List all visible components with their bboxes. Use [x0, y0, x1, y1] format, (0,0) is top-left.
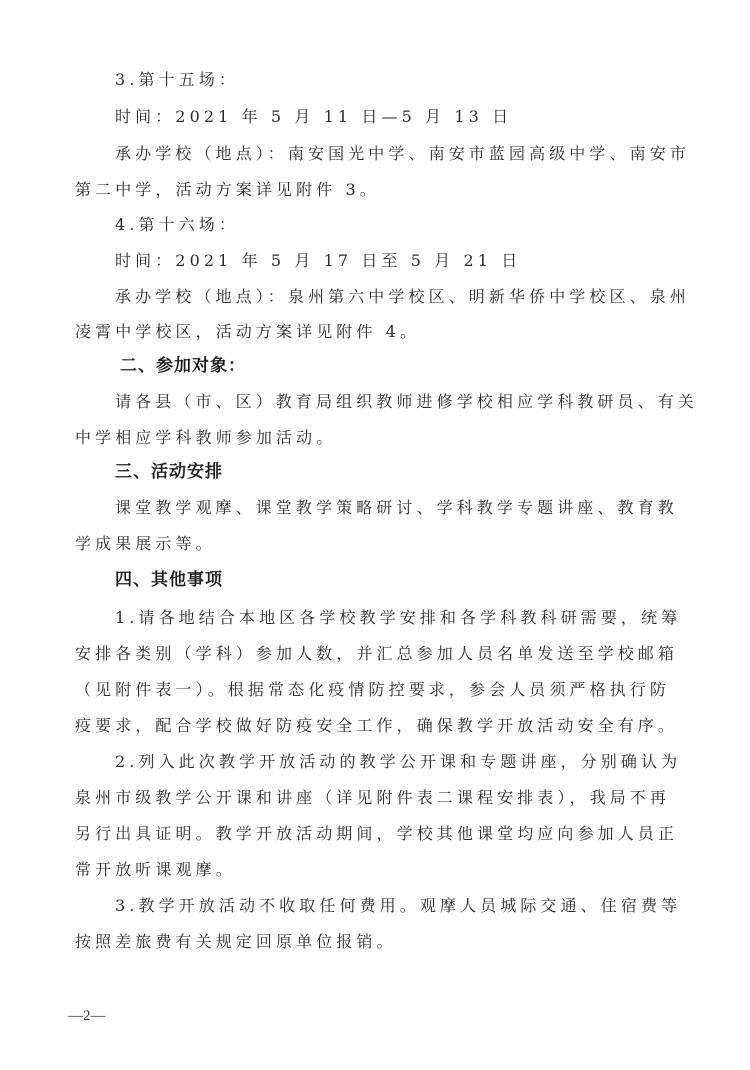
item-2-line-4: 常开放听课观摩。	[75, 860, 695, 880]
page-number: —2—	[68, 1008, 106, 1025]
participants-text: 请各县（市、区）教育局组织教师进修学校相应学科教研员、有关	[115, 392, 735, 412]
session-16-host: 承办学校（地点）：泉州第六中学校区、明新华侨中学校区、泉州	[115, 287, 735, 307]
heading-activities: 三、活动安排	[115, 462, 735, 482]
session-15-host-cont: 第二中学，活动方案详见附件 3。	[75, 180, 695, 200]
session-15-time: 时间：2021 年 5 月 11 日—5 月 13 日	[115, 107, 735, 127]
session-15-host: 承办学校（地点）：南安国光中学、南安市蓝园高级中学、南安市	[115, 144, 735, 164]
item-2-line-3: 另行出具证明。教学开放活动期间，学校其他课堂均应向参加人员正	[75, 824, 695, 844]
item-1-line-1: 1.请各地结合本地区各学校教学安排和各学科教科研需要，统筹	[115, 608, 735, 628]
item-3-line-1: 3.教学开放活动不收取任何费用。观摩人员城际交通、住宿费等	[115, 896, 735, 916]
item-1-line-2: 安排各类别（学科）参加人数，并汇总参加人员名单发送至学校邮箱	[75, 644, 695, 664]
item-1-line-3: （见附件表一）。根据常态化疫情防控要求，参会人员须严格执行防	[75, 680, 695, 700]
session-16-title: 4.第十六场：	[115, 215, 735, 235]
session-16-time: 时间：2021 年 5 月 17 日至 5 月 21 日	[115, 251, 735, 271]
activities-text-cont: 学成果展示等。	[75, 534, 695, 554]
session-16-host-cont: 凌霄中学校区，活动方案详见附件 4。	[75, 322, 695, 342]
item-2-line-2: 泉州市级教学公开课和讲座（详见附件表二课程安排表），我局不再	[75, 788, 695, 808]
participants-text-cont: 中学相应学科教师参加活动。	[75, 428, 695, 448]
item-3-line-2: 按照差旅费有关规定回原单位报销。	[75, 932, 695, 952]
item-2-line-1: 2.列入此次教学开放活动的教学公开课和专题讲座，分别确认为	[115, 752, 735, 772]
heading-other-matters: 四、其他事项	[115, 570, 735, 590]
item-1-line-4: 疫要求，配合学校做好防疫安全工作，确保教学开放活动安全有序。	[75, 716, 695, 736]
activities-text: 课堂教学观摩、课堂教学策略研讨、学科教学专题讲座、教育教	[115, 498, 735, 518]
session-15-title: 3.第十五场：	[115, 70, 735, 90]
heading-participants: 二、参加对象：	[120, 356, 740, 376]
document-page: 3.第十五场： 时间：2021 年 5 月 11 日—5 月 13 日 承办学校…	[0, 0, 750, 1070]
